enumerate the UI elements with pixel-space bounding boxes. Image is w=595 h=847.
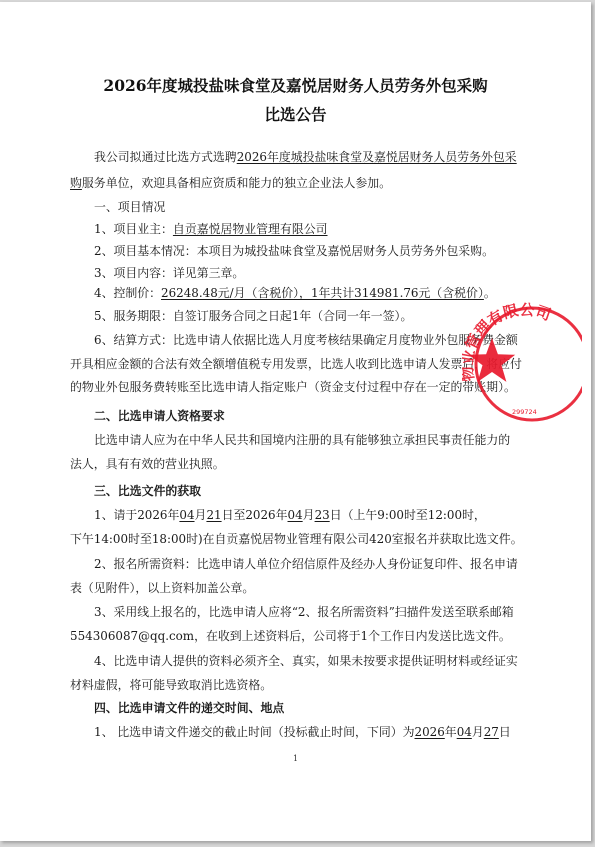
section1-item2: 2、项目基本情况：本项目为城投盐味食堂及嘉悦居财务人员劳务外包采购。: [94, 246, 530, 258]
section1-heading: 一、项目情况: [94, 202, 530, 214]
project-name-underlined: 2026年度城投盐味食堂及嘉悦居财务人员劳务外包采: [237, 150, 517, 164]
page-number: 1: [0, 754, 591, 763]
label: 4、控制价：: [94, 286, 161, 300]
section3-item3-line2: 554306087@qq.com，在收到上述资料后，公司将于1个工作日内发送比选…: [70, 631, 530, 643]
section1-item1: 1、项目业主：自贡嘉悦居物业管理有限公司: [94, 224, 530, 236]
punctuation: 。: [484, 286, 496, 300]
intro-text-end: 服务单位，欢迎具备相应资质和能力的独立企业法人参加。: [82, 176, 391, 190]
start-month: 04: [179, 508, 194, 522]
intro-line-1: 我公司拟通过比选方式选聘2026年度城投盐味食堂及嘉悦居财务人员劳务外包采: [94, 152, 530, 164]
text: 日: [499, 725, 511, 739]
text: 1、请于2026年: [94, 508, 179, 522]
project-owner: 自贡嘉悦居物业管理有限公司: [173, 222, 328, 236]
section3-item1-line2: 下午14:00时至18:00时)在自贡嘉悦居物业管理有限公司420室报名并获取比…: [70, 534, 530, 546]
text: 年: [445, 725, 457, 739]
text: 月: [472, 725, 484, 739]
section1-item6-line3: 的物业外包服务费转账至比选申请人指定账户（资金支付过程中存在一定的带账期）。: [70, 382, 530, 394]
label: 1、项目业主：: [94, 222, 173, 236]
section1-item4: 4、控制价：26248.48元/月（含税价），1年共计314981.76元（含税…: [94, 288, 530, 300]
section1-item6-line2: 开具相应金额的合法有效全额增值税专用发票，比选人收到比选申请人发票后，将应付: [70, 359, 530, 371]
section3-item3-line1: 3、采用线上报名的，比选申请人应将“2、报名所需资料”扫描件发送至联系邮箱: [94, 607, 530, 619]
deadline-year: 2026: [415, 725, 445, 739]
end-day: 23: [315, 508, 330, 522]
project-name-underlined-end: 购: [70, 176, 82, 190]
section3-heading: 三、比选文件的获取: [94, 486, 530, 498]
document-title: 2026年度城投盐味食堂及嘉悦居财务人员劳务外包采购: [0, 74, 591, 96]
section3-item4-line1: 4、比选申请人提供的资料必须齐全、真实，如果未按要求提供证明材料或经证实: [94, 656, 530, 668]
section1-item3: 3、项目内容：详见第三章。: [94, 268, 530, 280]
section2-line2: 法人，具有有效的营业执照。: [70, 459, 530, 471]
section3-item1-line1: 1、请于2026年04月21日至2026年04月23日（上午9:00时至12:0…: [94, 510, 530, 522]
document-subtitle: 比选公告: [0, 103, 591, 125]
section1-item5: 5、服务期限：自签订服务合同之日起1年（合同一年一签）。: [94, 311, 530, 323]
section3-item2-line1: 2、报名所需资料：比选申请人单位介绍信原件及经办人身份证复印件、报名申请: [94, 559, 530, 571]
start-day: 21: [206, 508, 221, 522]
text: 月: [303, 508, 315, 522]
intro-text: 我公司拟通过比选方式选聘: [94, 150, 237, 164]
text: 日至2026年: [222, 508, 288, 522]
section4-heading: 四、比选申请文件的递交时间、地点: [94, 703, 530, 715]
end-month: 04: [288, 508, 303, 522]
text: 月: [195, 508, 207, 522]
text: 日（上午9:00时至12:00时，: [330, 508, 486, 522]
deadline-month: 04: [457, 725, 472, 739]
section4-item1: 1、 比选申请文件递交的截止时间（投标截止时间，下同）为2026年04月27日: [94, 727, 530, 739]
deadline-day: 27: [484, 725, 499, 739]
control-price: 26248.48元/月（含税价），1年共计314981.76元（含税价）: [161, 286, 484, 300]
intro-line-2: 购服务单位，欢迎具备相应资质和能力的独立企业法人参加。: [70, 178, 530, 190]
section3-item4-line2: 材料虚假，将可能导致取消比选资格。: [70, 680, 530, 692]
document-page: 2026年度城投盐味食堂及嘉悦居财务人员劳务外包采购 比选公告 我公司拟通过比选…: [0, 2, 591, 841]
section1-item6-line1: 6、结算方式：比选申请人依据比选人月度考核结果确定月度物业外包服务费金额: [94, 335, 530, 347]
section2-heading: 二、比选申请人资格要求: [94, 411, 530, 423]
section3-item2-line2: 表（见附件），以上资料加盖公章。: [70, 583, 530, 595]
text: 1、 比选申请文件递交的截止时间（投标截止时间，下同）为: [94, 725, 415, 739]
section2-line1: 比选申请人应为在中华人民共和国境内注册的具有能够独立承担民事责任能力的: [94, 435, 530, 447]
